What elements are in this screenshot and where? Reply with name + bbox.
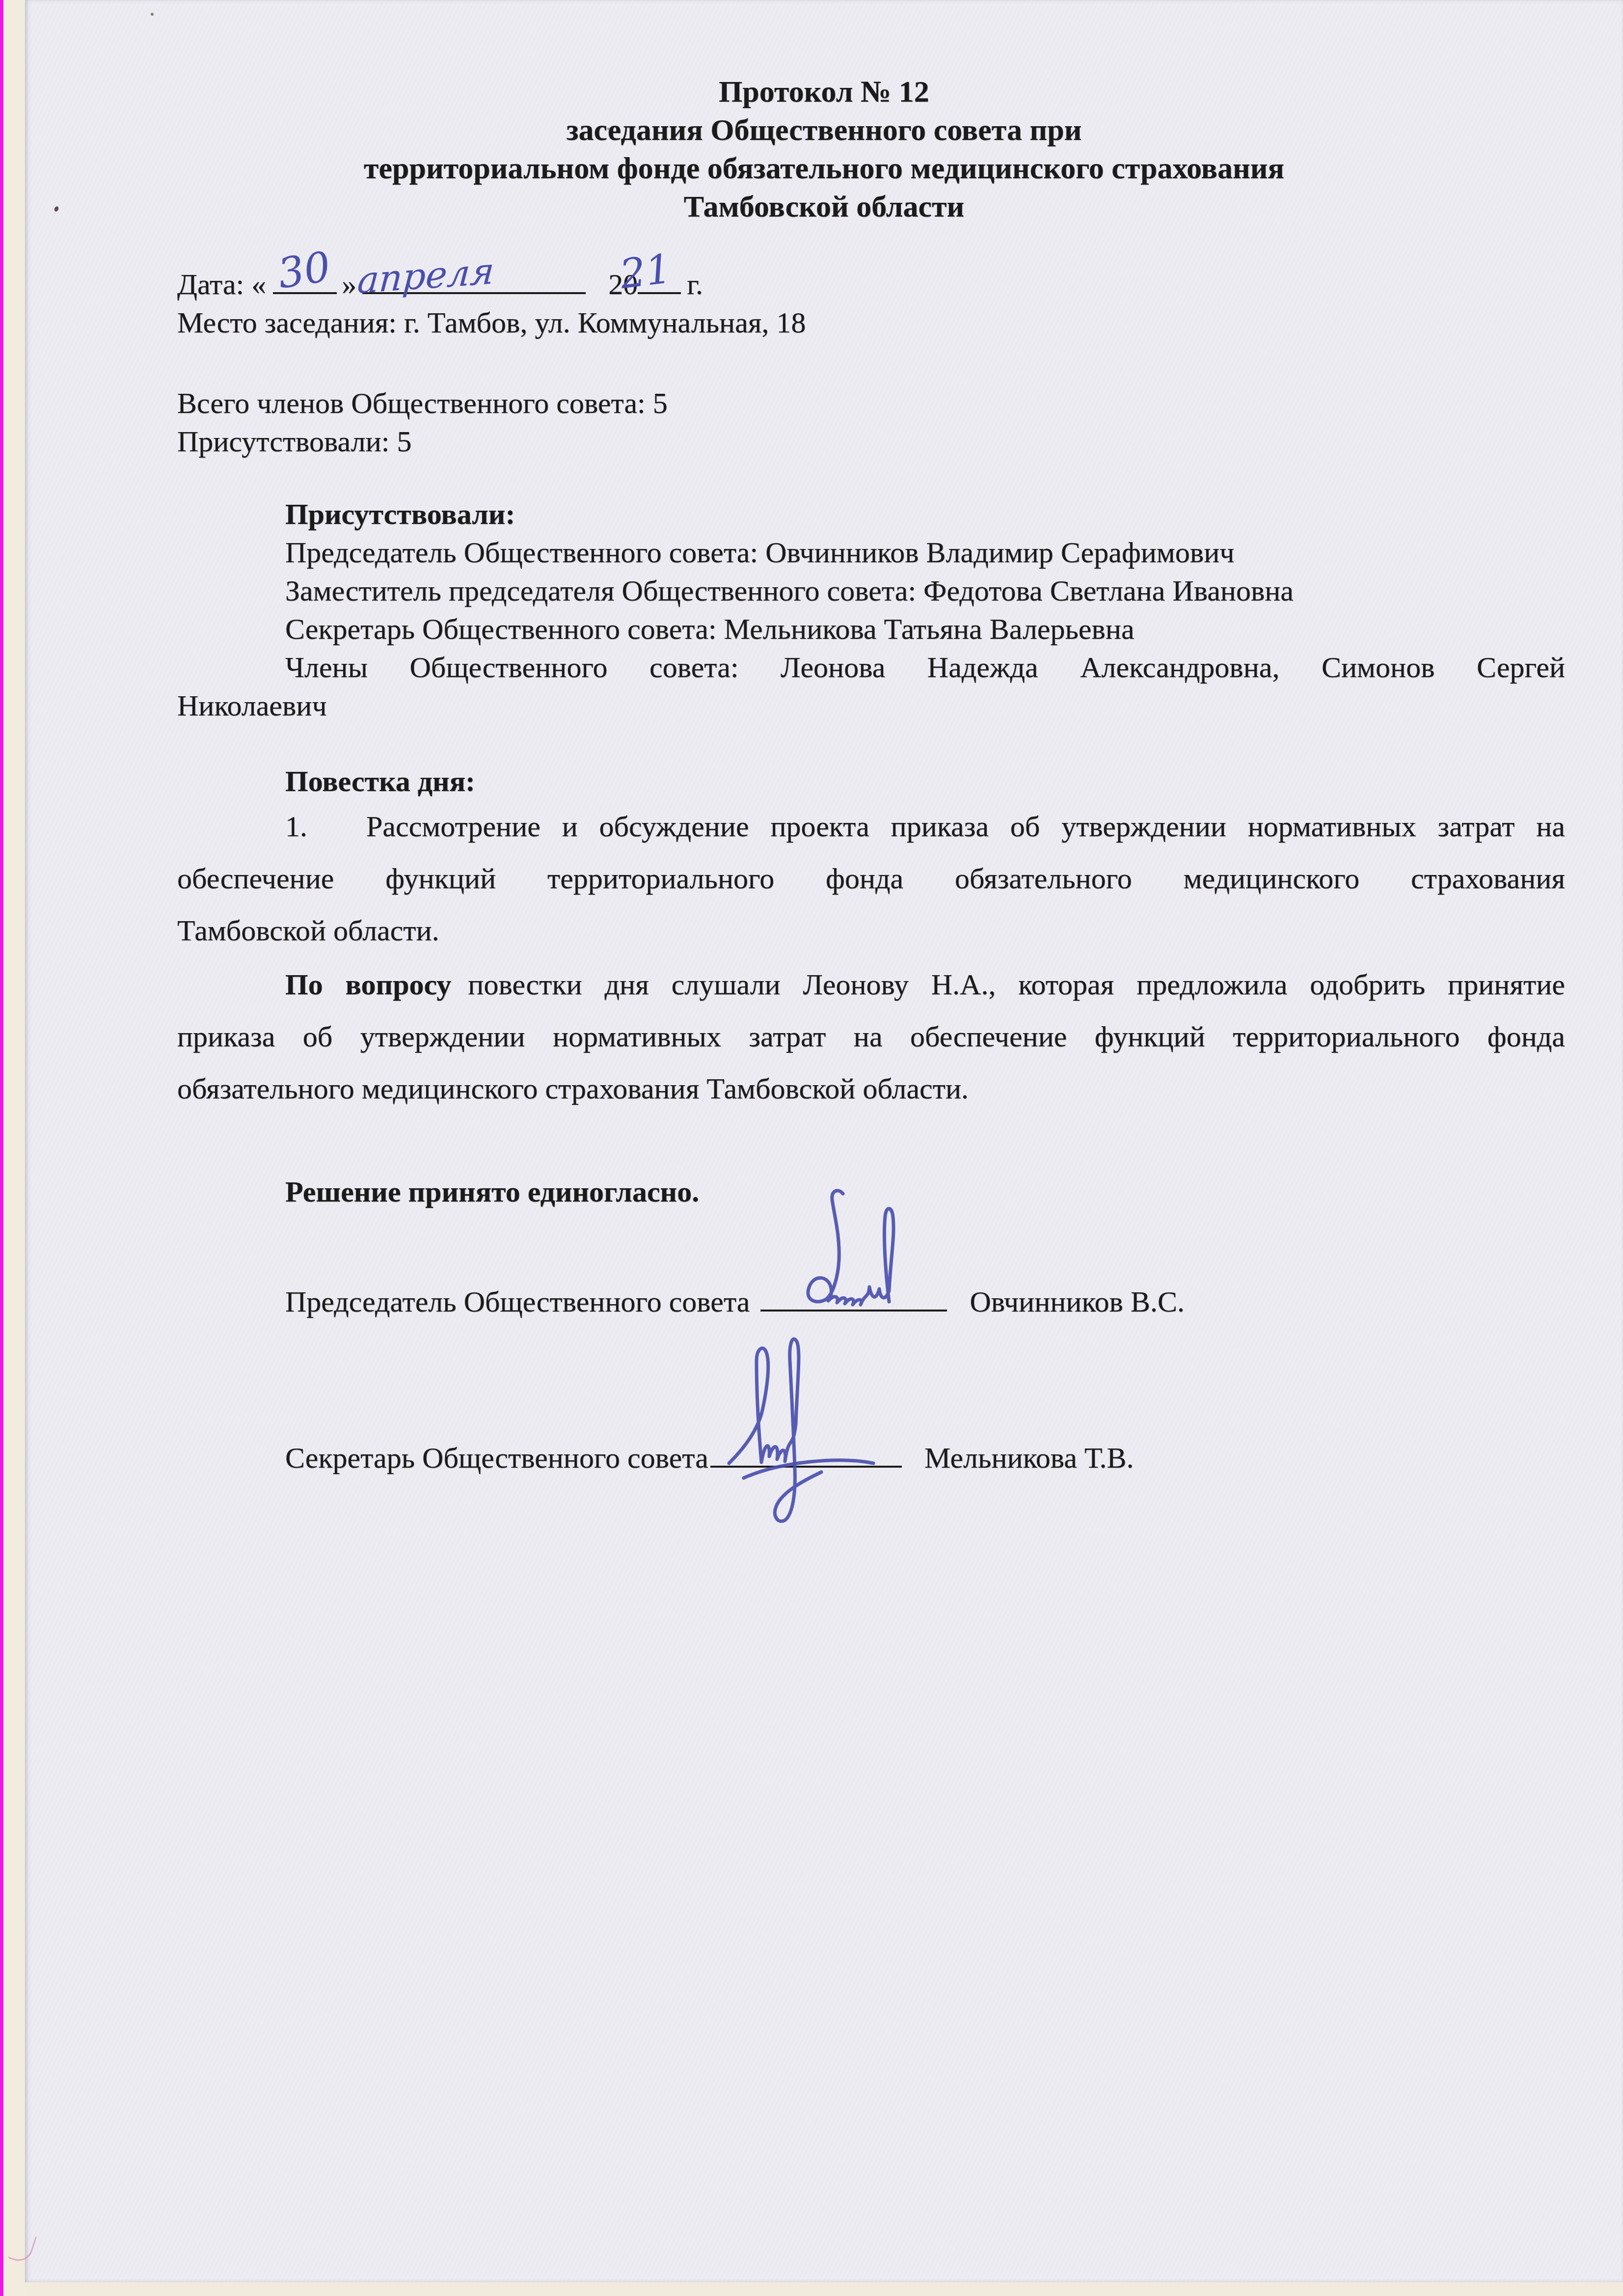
- attendee-row-members-line-1: Члены Общественного совета: Леонова Наде…: [177, 648, 1565, 686]
- chairman-signature-ink: [752, 1176, 987, 1323]
- date-year-blank: 21: [638, 286, 681, 294]
- date-close-quote: »: [342, 268, 356, 301]
- discussion-line-3: обязательного медицинского страхования Т…: [177, 1063, 1565, 1115]
- date-prefix: Дата: «: [177, 268, 266, 301]
- title-line-4: Тамбовской области: [25, 188, 1623, 226]
- title-line-3: территориальном фонде обязательного меди…: [25, 149, 1623, 188]
- agenda-heading: Повестка дня:: [177, 762, 1565, 800]
- total-members-line: Всего членов Общественного совета: 5: [177, 384, 1565, 422]
- discussion-line-1: По вопросуповестки дня слушали Леонову Н…: [177, 958, 1565, 1011]
- date-day-blank: 30: [273, 286, 337, 294]
- agenda-item-line-2: обеспечение функций территориального фон…: [177, 852, 1565, 904]
- handwritten-day: 30: [275, 247, 333, 293]
- agenda-item-line-3: Тамбовской области.: [177, 904, 1565, 957]
- present-count-line: Присутствовали: 5: [177, 422, 1565, 461]
- counts-block: Всего членов Общественного совета: 5 При…: [177, 384, 1565, 461]
- scanner-edge-artifact: [0, 0, 3, 2296]
- attendee-row-members-line-2: Николаевич: [177, 686, 1565, 725]
- attendee-row-secretary: Секретарь Общественного совета: Мельнико…: [177, 610, 1565, 648]
- agenda-item-number: 1.: [285, 810, 307, 843]
- attendees-block: Присутствовали: Председатель Общественно…: [177, 495, 1565, 725]
- title-line-2: заседания Общественного совета при: [25, 111, 1623, 149]
- place-line: Место заседания: г. Тамбов, ул. Коммунал…: [177, 303, 1565, 342]
- agenda-block: Повестка дня: 1.Рассмотрение и обсуждени…: [177, 762, 1565, 957]
- date-line: Дата: «30»апреля2021г.: [177, 265, 1565, 303]
- discussion-lead: По вопросу: [285, 968, 451, 1001]
- scanned-protocol-page: Протокол № 12 заседания Общественного со…: [0, 0, 1623, 2296]
- date-month-blank: апреля: [362, 286, 586, 294]
- discussion-block: По вопросуповестки дня слушали Леонову Н…: [177, 958, 1565, 1115]
- document-title: Протокол № 12 заседания Общественного со…: [25, 73, 1623, 226]
- secretary-signature-ink: [693, 1316, 958, 1527]
- chairman-role-label: Председатель Общественного совета: [285, 1285, 750, 1318]
- scan-speck: [607, 128, 610, 130]
- scan-margin-left: [3, 0, 25, 2296]
- date-suffix: г.: [687, 268, 703, 301]
- scan-margin-bottom: [0, 2282, 1623, 2296]
- handwritten-year: 21: [618, 250, 674, 294]
- secretary-role-label: Секретарь Общественного совета: [285, 1442, 708, 1474]
- chairman-name: Овчинников В.С.: [970, 1285, 1184, 1318]
- attendee-row-deputy: Заместитель председателя Общественного с…: [177, 572, 1565, 610]
- meta-block: Дата: «30»апреля2021г. Место заседания: …: [177, 265, 1565, 342]
- paper-sheet: Протокол № 12 заседания Общественного со…: [25, 0, 1623, 2283]
- attendee-row-chairman: Председатель Общественного совета: Овчин…: [177, 533, 1565, 572]
- agenda-item-line-1: 1.Рассмотрение и обсуждение проекта прик…: [177, 800, 1565, 852]
- scan-speck: [151, 13, 154, 16]
- handwritten-month: апреля: [356, 252, 496, 300]
- discussion-line-2: приказа об утверждении нормативных затра…: [177, 1011, 1565, 1063]
- title-line-1: Протокол № 12: [25, 73, 1623, 111]
- attendees-heading: Присутствовали:: [177, 495, 1565, 533]
